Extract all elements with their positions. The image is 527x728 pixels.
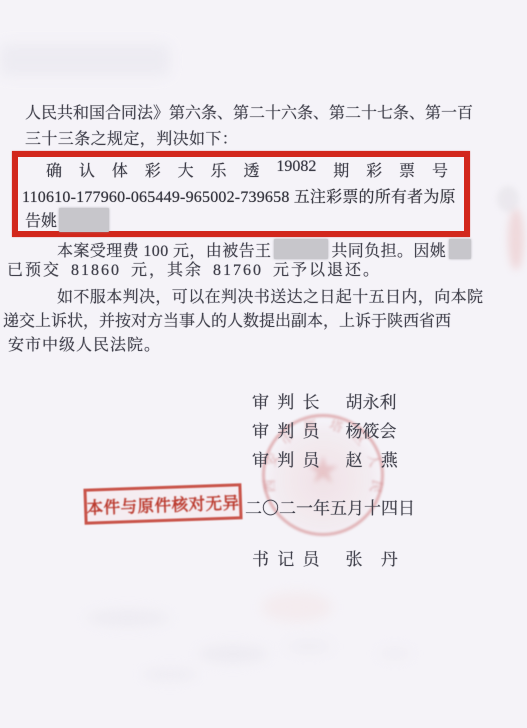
fee-line-1-part1: 本案受理费 100 元，由被告王 [57,243,271,260]
judgment-photo-page: 人民共和国合同法》第六条、第二十六条、第二十七条、第一百 三十三条之规定，判决如… [0,0,527,728]
fee-line-1: 本案受理费 100 元，由被告王共同负担。因姚 [57,239,471,261]
verdict-line-3: 告姚 [25,208,109,232]
appeal-line-1: 如不服本判决，可以在判决书送达之日起十五日内，向本院 [57,288,483,307]
clerk-role: 书 记 员 [252,550,320,569]
redaction-block [274,239,328,259]
verdict-line-token: 彩 [145,158,161,181]
fee-line-1-part2: 共同负担。因姚 [331,243,446,260]
ink-bleed-mark [508,208,524,270]
judge-name: 杨筱会 [346,422,397,441]
intro-line-2: 三十三条之规定，判决如下： [25,130,238,149]
verdict-line-1: 确认体彩大乐透19082期彩票号 [46,158,448,181]
appeal-line-2: 递交上诉状，并按对方当事人的人数提出副本，上诉于陕西省西 [3,312,451,331]
paper-smudge [378,648,412,659]
verdict-line-token: 期 [333,158,349,181]
verdict-line-token: 乐 [211,158,227,181]
verdict-line-token: 19082 [276,158,316,181]
verification-stamp: 本件与原件核对无异 [83,483,242,524]
verdict-line-token: 大 [178,158,194,181]
verdict-line-2: 110610-177960-065449-965002-739658 五注彩票的… [22,184,456,207]
paper-smudge [286,640,332,653]
redaction-block [59,208,109,232]
paper-smudge [198,645,268,663]
paper-smudge [497,186,519,212]
judge-role: 审 判 员 [252,422,320,441]
paper-smudge [142,668,198,681]
judgment-date: 二〇二一年五月十四日 [245,494,415,519]
presiding-judge-role: 审 判 长 [252,393,320,412]
verdict-line-token: 确 [46,158,62,181]
redaction-block [449,239,471,259]
appeal-line-3: 安市中级人民法院。 [8,336,161,355]
judge-name: 赵 燕 [346,451,398,470]
verdict-line-token: 彩 [366,158,382,181]
paper-shade [0,44,170,76]
presiding-judge-row: 审 判 长胡永利 [252,388,397,413]
verdict-line-token: 认 [79,158,95,181]
red-highlight-box: 确认体彩大乐透19082期彩票号 110610-177960-065449-96… [12,151,470,237]
judge-role: 审 判 员 [252,451,320,470]
verdict-line-token: 体 [112,158,128,181]
paper-smudge [262,592,332,622]
fee-line-2: 已预交 81860 元，其余 81760 元予以退还。 [7,261,381,280]
clerk-row: 书 记 员张 丹 [252,545,398,570]
paper-smudge [86,610,170,626]
presiding-judge-name: 胡永利 [346,393,397,412]
intro-line-1: 人民共和国合同法》第六条、第二十六条、第二十七条、第一百 [25,104,473,123]
verdict-line-token: 号 [432,158,448,181]
clerk-name: 张 丹 [346,550,398,569]
judge-row: 审 判 员杨筱会 [252,417,397,442]
verdict-line-token: 透 [243,158,259,181]
verdict-line-token: 票 [399,158,415,181]
verdict-line-3-text: 告姚 [25,213,57,230]
judge-row: 审 判 员赵 燕 [252,446,398,471]
